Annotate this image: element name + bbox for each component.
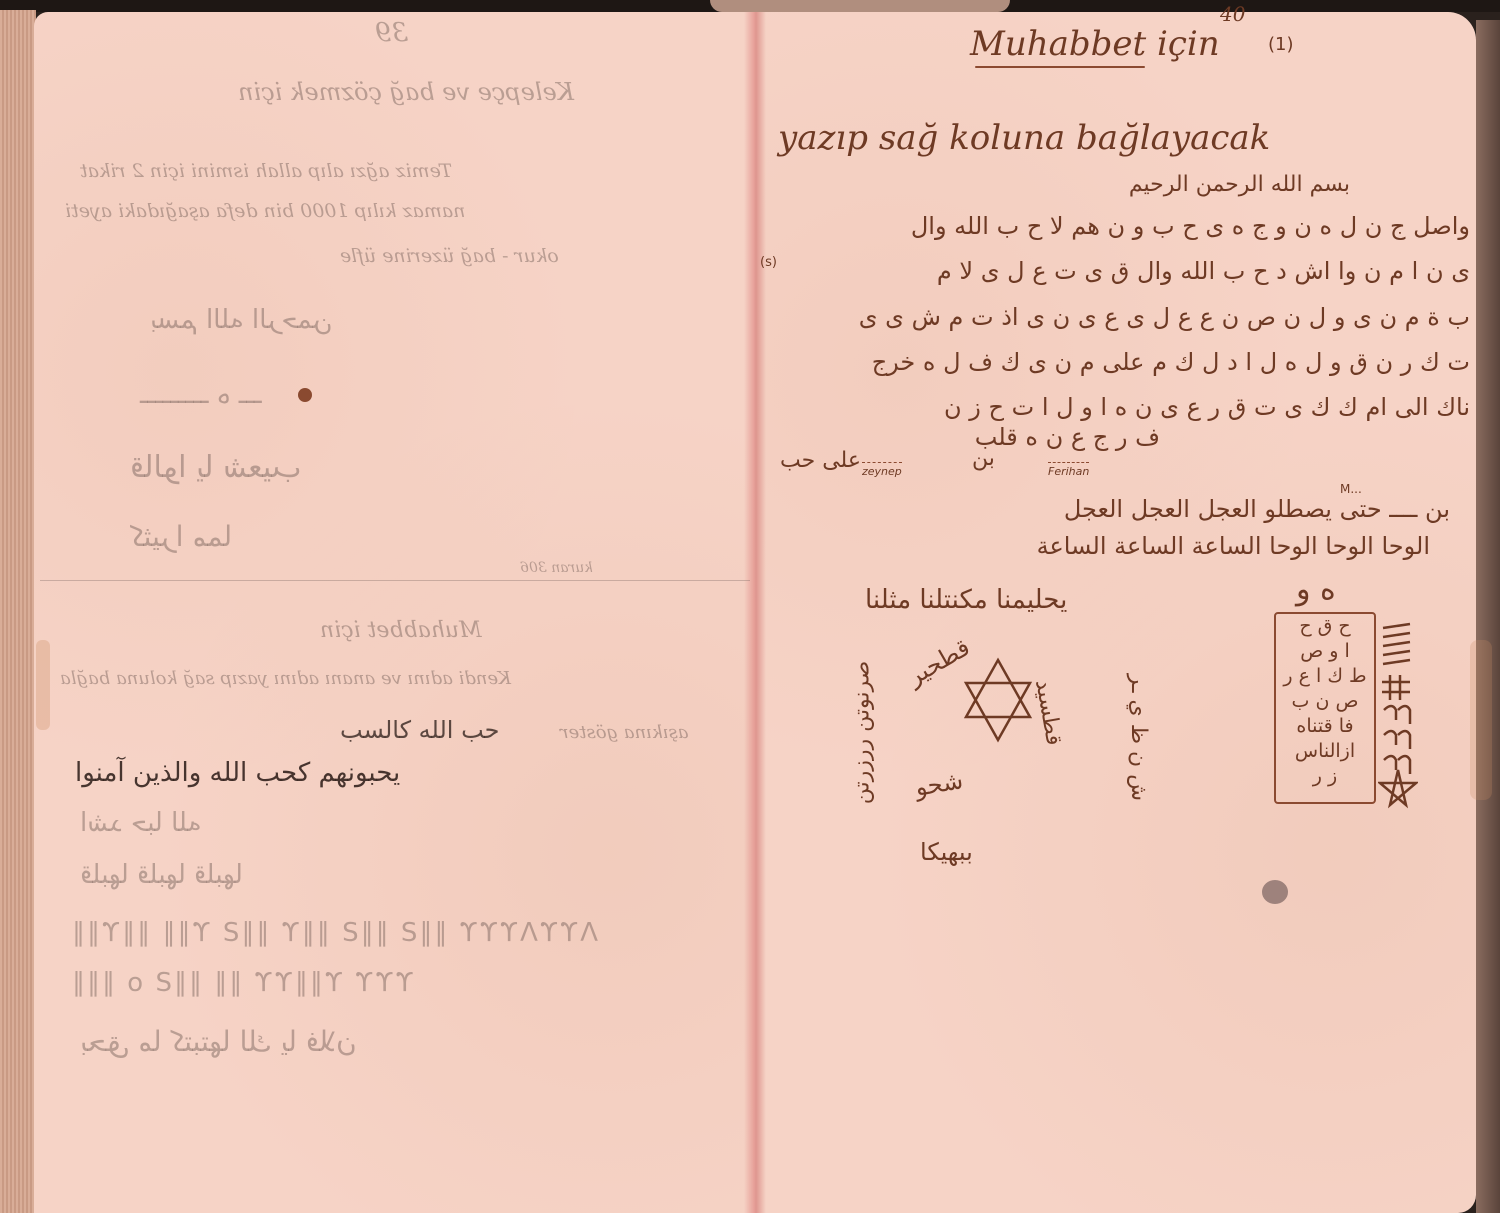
- name-ben: بن: [972, 446, 995, 471]
- paper-stain: [1262, 880, 1288, 904]
- bleed-arabic-1: بسم الله الرحمن: [150, 305, 332, 335]
- arabic-line-5: ناك الى ام ك ك ى ت ق ر ع ى ن ه ا و ل ا ت…: [944, 393, 1470, 421]
- left-closing-arabic: بحق ما كتبتها لك يا فلان: [80, 1025, 356, 1058]
- closing-line-1: بن ــــ حتى يصطلو العجل العجل العجل: [1064, 495, 1450, 523]
- talisman-right-outer: ش ن ظ ي ـر: [1126, 674, 1151, 801]
- left-arabic-4: قلبها قلبها قلبها: [80, 860, 243, 890]
- left-arabic-2: يحبونهم كحب الله والذين آمنوا: [75, 758, 400, 788]
- box-line-3: ط ك ا ع ر: [1276, 664, 1374, 689]
- box-line-1: ح ق ح: [1276, 614, 1374, 639]
- box-header: ه و: [1296, 572, 1336, 607]
- arabic-line-2: ى ن ا م ن وا اش د ح ب الله وال ق ى ت ع ل…: [937, 257, 1470, 285]
- bleed-line-3: okur - bağ üzerine üfle: [340, 245, 559, 267]
- left-arabic-1: حب الله كالسب: [340, 716, 499, 744]
- bleed-note: kuran 306: [520, 560, 593, 576]
- talisman-left-text: صرنوتن ررزرتن: [849, 661, 874, 805]
- margin-marker: (s): [760, 255, 777, 270]
- title-underline: [975, 66, 1145, 68]
- name-abbrev: M...: [1340, 482, 1362, 496]
- edge-stain: [1470, 640, 1492, 800]
- bleed-line-2: namaz kılıp 1000 bin defa aşağıdaki ayet…: [65, 200, 465, 222]
- arabic-line-4: ت ك ر ن ق و ل ه ل ا د ل ك م على م ن ى ك …: [872, 348, 1470, 376]
- bleed-arabic-3: قالوا يا شعيب: [130, 450, 301, 485]
- box-line-7: ز ر: [1276, 764, 1374, 789]
- thumb-shadow: [710, 0, 1010, 12]
- box-line-5: فا قتناه: [1276, 714, 1374, 739]
- cipher-line-2: ϒϒϒ ϒ∥∥ϒϒ ∥∥ ∥∥Ƨ o ∥∥∥: [70, 968, 414, 998]
- ink-blot: [298, 388, 312, 402]
- page-stack-edge: [0, 10, 36, 1213]
- left-section-divider: [40, 580, 750, 581]
- name-prefix: على حب: [780, 448, 861, 473]
- arabic-line-basmala: بسم الله الرحمن الرحيم: [1129, 172, 1350, 197]
- box-line-6: ازالناس: [1276, 739, 1374, 764]
- book-top-edge: [0, 0, 1500, 12]
- talisman-bottom-text: ببهيكا: [920, 838, 973, 866]
- box-side-symbols-icon: [1378, 620, 1418, 810]
- left-arabic-3: اشد حبا لله: [80, 808, 202, 838]
- bleed-arabic-2: ـــــــــ ه ـــ: [140, 380, 262, 410]
- book-gutter: [744, 12, 766, 1213]
- box-line-2: ا و ص: [1276, 639, 1374, 664]
- title-mark: (1): [1268, 34, 1294, 55]
- left-section2-line2: aşıkına göster: [560, 722, 689, 743]
- box-line-4: ص ن ب: [1276, 689, 1374, 714]
- left-page-number: 39: [375, 18, 408, 48]
- box-talisman: ح ق ح ا و ص ط ك ا ع ر ص ن ب فا قتناه ازا…: [1274, 612, 1376, 804]
- name-1: zeynep: [862, 462, 902, 478]
- left-section2-line1: Kendi adını ve ananı adını yazıp sağ kol…: [60, 668, 511, 689]
- arabic-line-3: ب ة م ن ى و ل ن ص ن ع ع ل ى ع ى ن ى اذ ت…: [859, 303, 1470, 331]
- page-number: 40: [1220, 2, 1245, 26]
- page-title: Muhabbet için: [970, 24, 1220, 64]
- closing-line-2: الوحا الوحا الوحا الساعة الساعة الساعة: [1037, 532, 1430, 560]
- instruction-text: yazıp sağ koluna bağlayacak: [778, 118, 1270, 158]
- name-2: Ferihan: [1048, 462, 1089, 478]
- hexagram-icon: [958, 655, 1038, 745]
- bleed-arabic-4: كثيرا مما: [130, 520, 232, 553]
- arabic-line-1: واصل ج ن ل ه ن و ج ه ى ح ب و ن هم لا ح ب…: [911, 212, 1470, 240]
- talisman-top-text: يحليمنا مكنتلنا مثلنا: [865, 585, 1067, 615]
- left-edge-stain: [36, 640, 50, 730]
- cipher-line-1: ΛϒϒΛϒϒϒ ∥∥Ƨ ∥∥Ƨ ∥∥ϒ ∥∥Ƨ ϒ∥∥ ∥∥ϒ∥∥: [70, 918, 598, 948]
- bleed-title: Kelepçe ve bağ çözmek için: [238, 78, 574, 106]
- name-line: على حب zeynep بن Ferihan: [780, 446, 1160, 486]
- left-section2-title: Muhabbet için: [320, 618, 482, 643]
- bleed-line-1: Temiz ağzı alıp allah ismini için 2 rika…: [80, 160, 452, 182]
- book-cover-edge: [1476, 20, 1500, 1213]
